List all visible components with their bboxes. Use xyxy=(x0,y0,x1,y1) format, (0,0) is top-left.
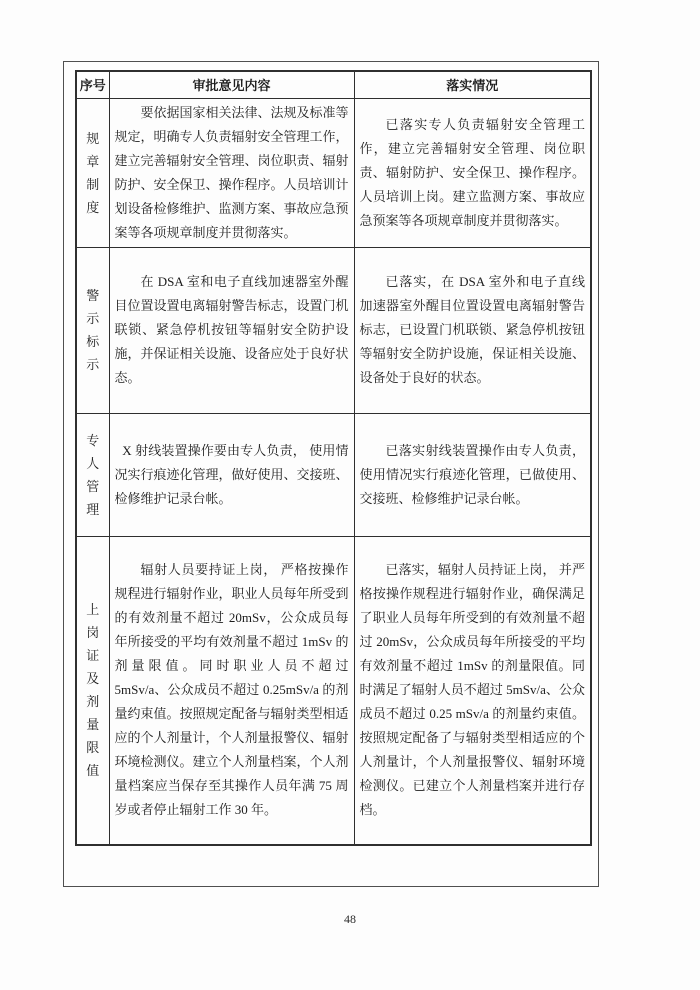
table-row-rules-regulations: 规章制度 要依据国家相关法律、法规及标准等规定，明确专人负责辐射安全管理工作，建… xyxy=(76,98,591,247)
implementation-cell: 已落实射线装置操作由专人负责， 使用情况实行痕迹化管理，已做使用、交接班、检修维… xyxy=(354,413,591,536)
implementation-text: 已落实射线装置操作由专人负责， 使用情况实行痕迹化管理，已做使用、交接班、检修维… xyxy=(360,439,586,511)
table-row-certificate-dose-limits: 上岗证及剂量限值 辐射人员要持证上岗， 严格按操作规程进行辐射作业，职业人员每年… xyxy=(76,536,591,845)
category-label: 专人管理 xyxy=(85,429,100,521)
page-number: 48 xyxy=(0,912,700,927)
opinion-cell: 要依据国家相关法律、法规及标准等规定，明确专人负责辐射安全管理工作，建立完善辐射… xyxy=(109,98,354,247)
opinion-cell: 辐射人员要持证上岗， 严格按操作规程进行辐射作业，职业人员每年所受到的有效剂量不… xyxy=(109,536,354,845)
category-label: 警示标示 xyxy=(85,284,100,376)
opinion-text: 在 DSA 室和电子直线加速器室外醒目位置设置电离辐射警告标志，设置门机联锁、紧… xyxy=(115,270,349,390)
implementation-text: 已落实，在 DSA 室外和电子直线加速器室外醒目位置设置电离辐射警告标志，已设置… xyxy=(360,270,586,390)
table-row-warning-signs: 警示标示 在 DSA 室和电子直线加速器室外醒目位置设置电离辐射警告标志，设置门… xyxy=(76,247,591,413)
opinion-text: 要依据国家相关法律、法规及标准等规定，明确专人负责辐射安全管理工作，建立完善辐射… xyxy=(115,101,349,245)
implementation-cell: 已落实，在 DSA 室外和电子直线加速器室外醒目位置设置电离辐射警告标志，已设置… xyxy=(354,247,591,413)
row-category-cell: 规章制度 xyxy=(76,98,109,247)
category-label: 规章制度 xyxy=(85,127,100,219)
row-category-cell: 上岗证及剂量限值 xyxy=(76,536,109,845)
opinion-text: X 射线装置操作要由专人负责， 使用情况实行痕迹化管理，做好使用、交接班、检修维… xyxy=(115,439,349,511)
table-header-row: 序号 审批意见内容 落实情况 xyxy=(76,71,591,98)
opinion-text: 辐射人员要持证上岗， 严格按操作规程进行辐射作业，职业人员每年所受到的有效剂量不… xyxy=(115,558,349,822)
implementation-text: 已落实，辐射人员持证上岗， 并严格按操作规程进行辐射作业，确保满足了职业人员每年… xyxy=(360,558,586,822)
implementation-cell: 已落实专人负责辐射安全管理工作，建立完善辐射安全管理、岗位职责、辐射防护、安全保… xyxy=(354,98,591,247)
category-label: 上岗证及剂量限值 xyxy=(85,598,100,782)
document-page: 序号 审批意见内容 落实情况 规章制度 要依据国家相关法律、法规及标准等规定，明… xyxy=(0,0,700,990)
row-category-cell: 警示标示 xyxy=(76,247,109,413)
col-header-implementation-status: 落实情况 xyxy=(354,71,591,98)
row-category-cell: 专人管理 xyxy=(76,413,109,536)
col-header-approval-opinion: 审批意见内容 xyxy=(109,71,354,98)
implementation-text: 已落实专人负责辐射安全管理工作，建立完善辐射安全管理、岗位职责、辐射防护、安全保… xyxy=(360,113,586,233)
approval-implementation-table: 序号 审批意见内容 落实情况 规章制度 要依据国家相关法律、法规及标准等规定，明… xyxy=(75,70,592,846)
opinion-cell: X 射线装置操作要由专人负责， 使用情况实行痕迹化管理，做好使用、交接班、检修维… xyxy=(109,413,354,536)
implementation-cell: 已落实，辐射人员持证上岗， 并严格按操作规程进行辐射作业，确保满足了职业人员每年… xyxy=(354,536,591,845)
table-row-dedicated-management: 专人管理 X 射线装置操作要由专人负责， 使用情况实行痕迹化管理，做好使用、交接… xyxy=(76,413,591,536)
col-header-seq-no: 序号 xyxy=(76,71,109,98)
opinion-cell: 在 DSA 室和电子直线加速器室外醒目位置设置电离辐射警告标志，设置门机联锁、紧… xyxy=(109,247,354,413)
